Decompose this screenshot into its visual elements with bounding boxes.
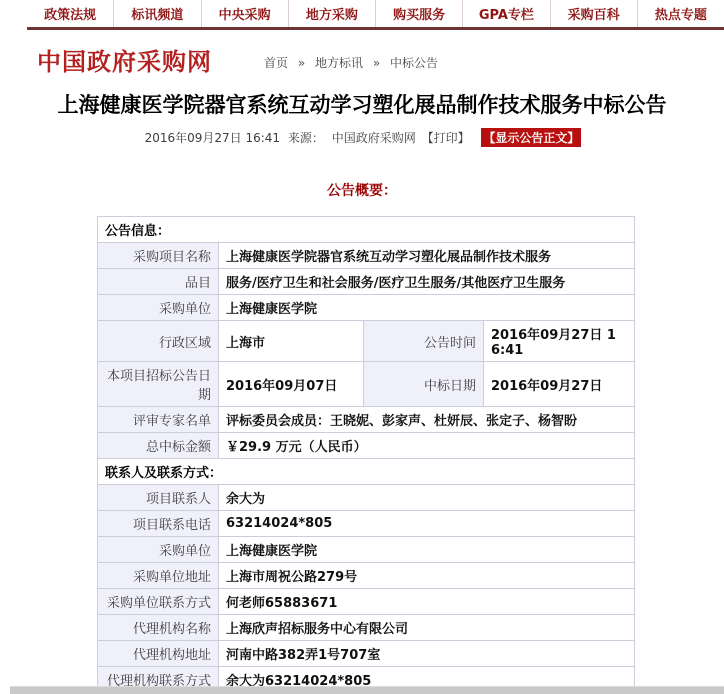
section-title: 公告信息： bbox=[98, 217, 635, 243]
field-label: 总中标金额 bbox=[98, 433, 219, 459]
summary-heading: 公告概要： bbox=[0, 180, 724, 200]
breadcrumb-separator-icon: » bbox=[298, 56, 305, 70]
field-value: ￥29.9 万元（人民币） bbox=[219, 433, 635, 459]
nav-item-encyclopedia[interactable]: 采购百科 bbox=[551, 0, 638, 27]
row-purchaser-name: 采购单位 上海健康医学院 bbox=[98, 537, 635, 563]
field-value: 2016年09月27日 bbox=[484, 362, 635, 407]
breadcrumb-home[interactable]: 首页 bbox=[264, 56, 288, 70]
field-value: 上海欣声招标服务中心有限公司 bbox=[219, 615, 635, 641]
field-value: 2016年09月27日 16:41 bbox=[484, 321, 635, 362]
row-experts: 评审专家名单 评标委员会成员：王晓妮、彭家声、杜妍辰、张定子、杨智盼 bbox=[98, 407, 635, 433]
page-title: 上海健康医学院器官系统互动学习塑化展品制作技术服务中标公告 bbox=[0, 92, 724, 119]
top-nav: 政策法规 标讯频道 中央采购 地方采购 购买服务 GPA专栏 采购百科 热点专题 bbox=[27, 0, 724, 30]
nav-item-bid-channel[interactable]: 标讯频道 bbox=[114, 0, 201, 27]
breadcrumb-local-bids[interactable]: 地方标讯 bbox=[315, 56, 363, 70]
row-region-and-announce-time: 行政区域 上海市 公告时间 2016年09月27日 16:41 bbox=[98, 321, 635, 362]
row-tender-date-and-award-date: 本项目招标公告日期 2016年09月07日 中标日期 2016年09月27日 bbox=[98, 362, 635, 407]
nav-item-central-procurement[interactable]: 中央采购 bbox=[202, 0, 289, 27]
row-category: 品目 服务/医疗卫生和社会服务/医疗卫生服务/其他医疗卫生服务 bbox=[98, 269, 635, 295]
breadcrumb-separator-icon: » bbox=[373, 56, 380, 70]
section-title: 联系人及联系方式： bbox=[98, 459, 635, 485]
nav-item-buy-services[interactable]: 购买服务 bbox=[376, 0, 463, 27]
source-label: 来源： bbox=[288, 131, 324, 145]
row-project-name: 采购项目名称 上海健康医学院器官系统互动学习塑化展品制作技术服务 bbox=[98, 243, 635, 269]
field-label: 行政区域 bbox=[98, 321, 219, 362]
row-purchaser-address: 采购单位地址 上海市周祝公路279号 bbox=[98, 563, 635, 589]
section-row-announcement-info: 公告信息： bbox=[98, 217, 635, 243]
field-label: 公告时间 bbox=[364, 321, 484, 362]
field-value: 上海健康医学院 bbox=[219, 295, 635, 321]
field-label: 品目 bbox=[98, 269, 219, 295]
horizontal-scrollbar[interactable] bbox=[10, 686, 724, 694]
field-value: 上海市 bbox=[219, 321, 364, 362]
field-label: 项目联系电话 bbox=[98, 511, 219, 537]
announcement-summary-table: 公告信息： 采购项目名称 上海健康医学院器官系统互动学习塑化展品制作技术服务 品… bbox=[97, 216, 635, 693]
field-value: 评标委员会成员：王晓妮、彭家声、杜妍辰、张定子、杨智盼 bbox=[219, 407, 635, 433]
nav-item-local-procurement[interactable]: 地方采购 bbox=[289, 0, 376, 27]
field-value: 上海健康医学院器官系统互动学习塑化展品制作技术服务 bbox=[219, 243, 635, 269]
print-button[interactable]: 【打印】 bbox=[422, 131, 470, 145]
field-value: 服务/医疗卫生和社会服务/医疗卫生服务/其他医疗卫生服务 bbox=[219, 269, 635, 295]
row-agency-address: 代理机构地址 河南中路382弄1号707室 bbox=[98, 641, 635, 667]
row-purchaser-contact: 采购单位联系方式 何老师65883671 bbox=[98, 589, 635, 615]
field-label: 项目联系人 bbox=[98, 485, 219, 511]
article-meta: 2016年09月27日 16:41 来源： 中国政府采购网 【打印】 【显示公告… bbox=[0, 128, 724, 147]
field-label: 采购单位 bbox=[98, 537, 219, 563]
nav-item-policy[interactable]: 政策法规 bbox=[27, 0, 114, 27]
publish-datetime: 2016年09月27日 16:41 bbox=[145, 131, 280, 145]
section-row-contact-info: 联系人及联系方式： bbox=[98, 459, 635, 485]
field-value: 余大为 bbox=[219, 485, 635, 511]
breadcrumb-award-notice[interactable]: 中标公告 bbox=[390, 56, 438, 70]
site-logo[interactable]: 中国政府采购网 bbox=[37, 42, 212, 77]
breadcrumb: 首页 » 地方标讯 » 中标公告 bbox=[264, 48, 438, 71]
row-agency-name: 代理机构名称 上海欣声招标服务中心有限公司 bbox=[98, 615, 635, 641]
field-label: 采购单位 bbox=[98, 295, 219, 321]
row-project-phone: 项目联系电话 63214024*805 bbox=[98, 511, 635, 537]
field-label: 采购项目名称 bbox=[98, 243, 219, 269]
row-project-contact: 项目联系人 余大为 bbox=[98, 485, 635, 511]
field-value: 2016年09月07日 bbox=[219, 362, 364, 407]
field-label: 代理机构名称 bbox=[98, 615, 219, 641]
field-label: 本项目招标公告日期 bbox=[98, 362, 219, 407]
show-full-text-button[interactable]: 【显示公告正文】 bbox=[481, 128, 581, 147]
field-value: 河南中路382弄1号707室 bbox=[219, 641, 635, 667]
field-value: 上海健康医学院 bbox=[219, 537, 635, 563]
field-label: 采购单位地址 bbox=[98, 563, 219, 589]
field-value: 何老师65883671 bbox=[219, 589, 635, 615]
field-label: 代理机构地址 bbox=[98, 641, 219, 667]
row-purchaser: 采购单位 上海健康医学院 bbox=[98, 295, 635, 321]
nav-item-hot-topics[interactable]: 热点专题 bbox=[638, 0, 724, 27]
field-label: 中标日期 bbox=[364, 362, 484, 407]
field-label: 采购单位联系方式 bbox=[98, 589, 219, 615]
field-label: 评审专家名单 bbox=[98, 407, 219, 433]
row-total-amount: 总中标金额 ￥29.9 万元（人民币） bbox=[98, 433, 635, 459]
field-value: 上海市周祝公路279号 bbox=[219, 563, 635, 589]
nav-item-gpa[interactable]: GPA专栏 bbox=[463, 0, 550, 27]
source-value: 中国政府采购网 bbox=[332, 131, 416, 145]
site-header: 中国政府采购网 首页 » 地方标讯 » 中标公告 bbox=[0, 43, 724, 75]
field-value: 63214024*805 bbox=[219, 511, 635, 537]
